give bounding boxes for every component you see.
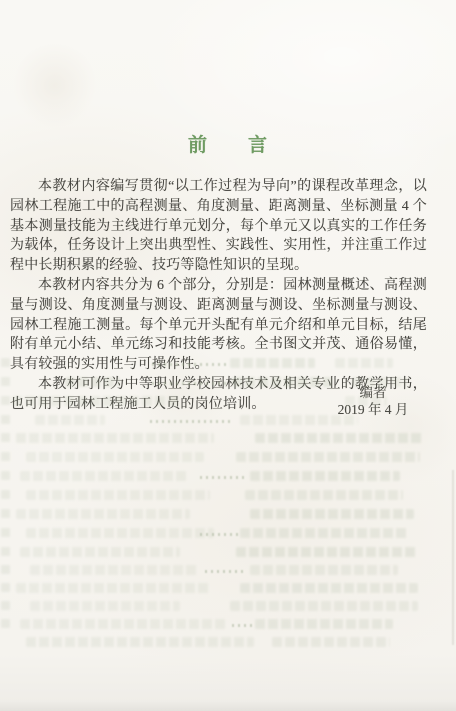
bleedthrough-page-number	[1, 452, 10, 461]
bleedthrough-line	[255, 619, 393, 629]
bleedthrough-page-number	[1, 415, 10, 424]
bleedthrough-page-number	[1, 619, 10, 628]
scanned-book-page: 前 言 本教材内容编写贯彻“以工作过程为导向”的课程改革理念，以园林工程施工中的…	[0, 0, 456, 711]
bleedthrough-line	[20, 619, 228, 629]
bleedthrough-line	[26, 452, 204, 462]
bleedthrough-page-number	[1, 547, 10, 556]
bleedthrough-page-number	[1, 509, 10, 518]
bleedthrough-line	[30, 565, 198, 575]
bleedthrough-line	[255, 433, 423, 443]
bleedthrough-page-number	[1, 583, 10, 592]
bleedthrough-line	[250, 565, 398, 575]
bleedthrough-page-number	[1, 528, 10, 537]
bleedthrough-page-number	[1, 377, 10, 386]
bottom-shadow	[0, 701, 456, 711]
bleedthrough-line	[236, 452, 420, 462]
bleedthrough-page-number	[1, 471, 10, 480]
bleedthrough-page-number	[1, 396, 10, 405]
bleedthrough-line	[240, 528, 408, 538]
bleedthrough-line	[16, 509, 190, 519]
bleedthrough-dot-leader	[205, 570, 247, 573]
bleedthrough-line	[272, 637, 390, 647]
paragraph-1: 本教材内容编写贯彻“以工作过程为导向”的课程改革理念，以园林工程施工中的高程测量…	[10, 177, 427, 276]
author-signature: 编者	[318, 384, 428, 401]
bleedthrough-line	[26, 528, 214, 538]
signature-date: 2019 年 4 月	[318, 401, 428, 418]
bleedthrough-line	[30, 601, 180, 611]
bleedthrough-line	[240, 583, 418, 593]
bleedthrough-line	[20, 547, 180, 557]
bleedthrough-line	[16, 583, 210, 593]
bleedthrough-line	[245, 490, 403, 500]
bleedthrough-page-number	[1, 433, 10, 442]
bleedthrough-line	[26, 490, 210, 500]
bleedthrough-line	[20, 471, 188, 481]
bleedthrough-dot-leader	[200, 476, 245, 479]
bleedthrough-line	[250, 509, 414, 519]
bleedthrough-page-number	[1, 490, 10, 499]
page-title: 前 言	[0, 130, 456, 157]
signature-block: 编者 2019 年 4 月	[318, 384, 428, 418]
bleedthrough-dot-leader	[200, 533, 238, 536]
paragraph-2: 本教材内容共分为 6 个部分，分别是：园林测量概述、高程测量与测设、角度测量与测…	[10, 276, 427, 375]
bleedthrough-page-number	[1, 601, 10, 610]
bleedthrough-line	[35, 415, 105, 425]
bleedthrough-line	[230, 601, 418, 611]
bleedthrough-line	[16, 433, 214, 443]
bleedthrough-line	[26, 637, 254, 647]
bleedthrough-dot-leader	[150, 420, 230, 423]
bleedthrough-line	[236, 547, 416, 557]
scan-edge-artifact	[452, 470, 454, 645]
bleedthrough-page-number	[1, 358, 10, 367]
bleedthrough-dot-leader	[232, 624, 252, 627]
bleedthrough-page-number	[1, 565, 10, 574]
preface-body: 本教材内容编写贯彻“以工作过程为导向”的课程改革理念，以园林工程施工中的高程测量…	[10, 177, 427, 415]
bleedthrough-line	[250, 471, 400, 481]
